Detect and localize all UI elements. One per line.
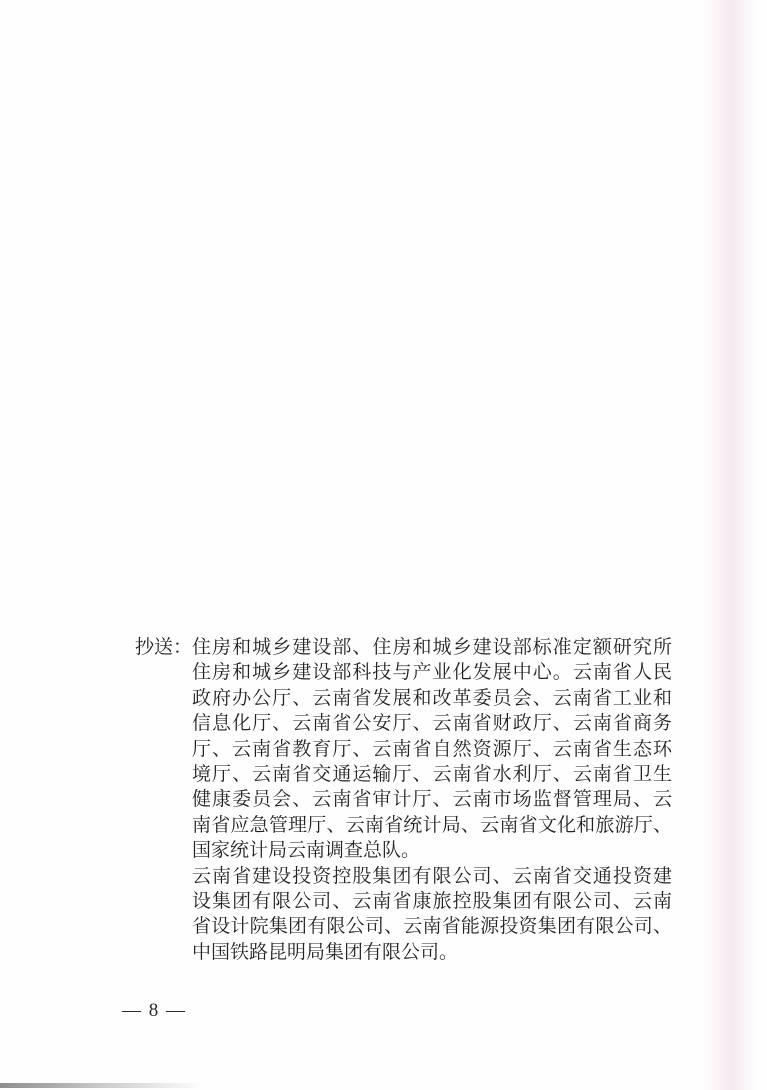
cc-line: 住房和城乡建设部科技与产业化发展中心。云南省人民 xyxy=(192,660,672,685)
cc-distribution-block: 抄送： 住房和城乡建设部、住房和城乡建设部标准定额研究所住房和城乡建设部科技与产… xyxy=(135,635,672,965)
cc-line: 南省应急管理厅、云南省统计局、云南省文化和旅游厅、 xyxy=(192,813,672,838)
page-number: — 8 — xyxy=(122,1000,187,1022)
cc-line: 中国铁路昆明局集团有限公司。 xyxy=(192,940,672,965)
cc-line: 云南省建设投资控股集团有限公司、云南省交通投资建 xyxy=(192,864,672,889)
cc-line: 境厅、云南省交通运输厅、云南省水利厅、云南省卫生 xyxy=(192,762,672,787)
document-page: 抄送： 住房和城乡建设部、住房和城乡建设部标准定额研究所住房和城乡建设部科技与产… xyxy=(0,0,767,1090)
cc-line: 设集团有限公司、云南省康旅控股集团有限公司、云南 xyxy=(192,889,672,914)
cc-label: 抄送： xyxy=(135,635,192,660)
cc-line: 政府办公厅、云南省发展和改革委员会、云南省工业和 xyxy=(192,686,672,711)
cc-line: 厅、云南省教育厅、云南省自然资源厅、云南省生态环 xyxy=(192,737,672,762)
cc-line: 健康委员会、云南省审计厅、云南市场监督管理局、云 xyxy=(192,787,672,812)
cc-line: 信息化厅、云南省公安厅、云南省财政厅、云南省商务 xyxy=(192,711,672,736)
scan-artifact-bottom-strip xyxy=(0,1083,215,1088)
cc-line: 住房和城乡建设部、住房和城乡建设部标准定额研究所 xyxy=(192,635,672,660)
cc-body: 住房和城乡建设部、住房和城乡建设部标准定额研究所住房和城乡建设部科技与产业化发展… xyxy=(192,635,672,965)
scan-artifact-right-band xyxy=(700,0,760,1090)
cc-line: 省设计院集团有限公司、云南省能源投资集团有限公司、 xyxy=(192,914,672,939)
cc-line: 国家统计局云南调查总队。 xyxy=(192,838,672,863)
